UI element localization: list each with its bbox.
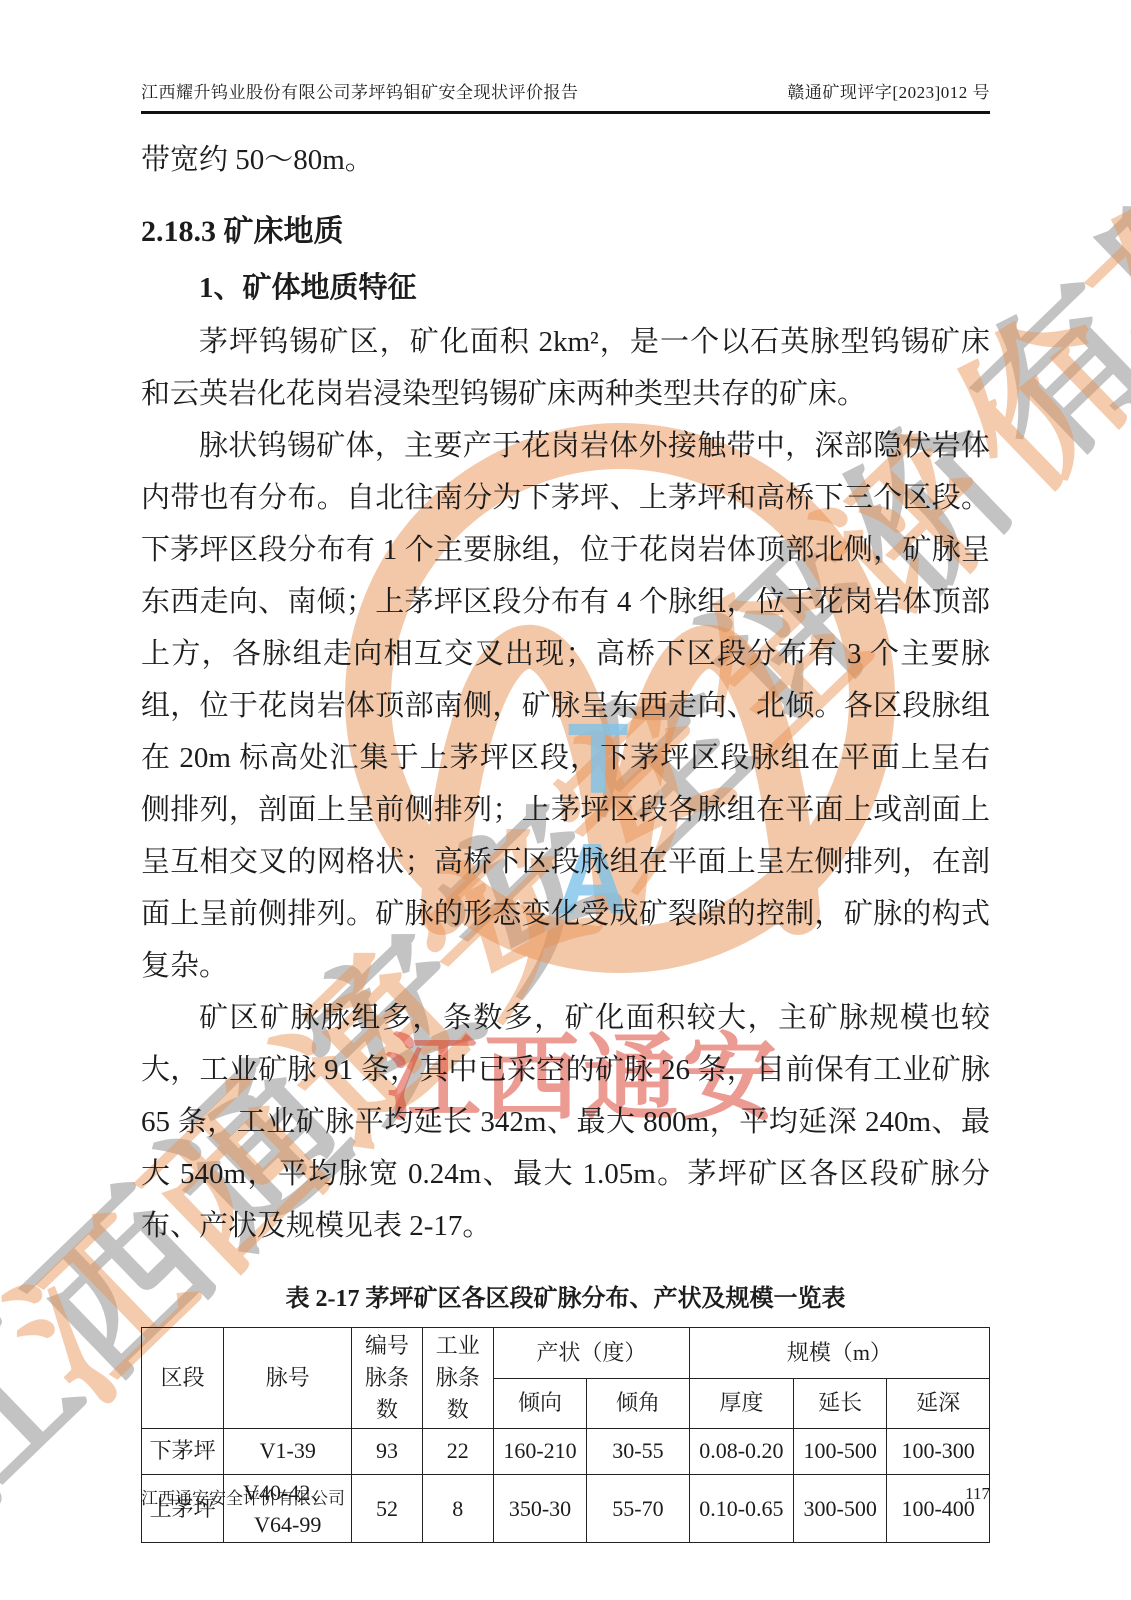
col-header-dip-direction: 倾向 xyxy=(493,1378,586,1428)
table-title: 表 2-17 茅坪矿区各区段矿脉分布、产状及规模一览表 xyxy=(141,1278,990,1313)
col-header-dip-angle: 倾角 xyxy=(587,1378,690,1428)
section-heading: 2.18.3 矿床地质 xyxy=(141,206,990,258)
paragraph-vein-bodies: 脉状钨锡矿体，主要产于花岗岩体外接触带中，深部隐伏岩体内带也有分布。自北往南分为… xyxy=(141,420,990,992)
page-content: 江西耀升钨业股份有限公司茅坪钨钼矿安全现状评价报告 赣通矿现评字[2023]01… xyxy=(0,0,1131,1600)
cell-dip-direction: 160-210 xyxy=(493,1428,586,1474)
col-group-attitude: 产状（度） xyxy=(493,1328,689,1379)
cell-dip-angle: 30-55 xyxy=(587,1428,690,1474)
cell-industrial-veins: 22 xyxy=(422,1428,493,1474)
paragraph-vein-statistics: 矿区矿脉脉组多，条数多，矿化面积较大，主矿脉规模也较大，工业矿脉 91 条，其中… xyxy=(141,992,990,1252)
paragraph-band-width: 带宽约 50～80m。 xyxy=(141,134,990,186)
paragraph-ore-district: 茅坪钨锡矿区，矿化面积 2km²，是一个以石英脉型钨锡矿床和云英岩化花岗岩浸染型… xyxy=(141,316,990,420)
vein-distribution-table: 区段 脉号 编号脉条数 工业脉条数 产状（度） 规模（m） 倾向 倾角 厚度 延… xyxy=(141,1327,990,1543)
document-page: 江西通安安全评价有限公司 江西通安安全评价有限公司 T A 江西通安 江西耀升钨… xyxy=(0,0,1131,1600)
cell-extension-depth: 100-300 xyxy=(887,1428,990,1474)
cell-extension-length: 100-500 xyxy=(794,1428,887,1474)
col-group-scale: 规模（m） xyxy=(689,1328,989,1379)
col-header-vein-no: 脉号 xyxy=(224,1328,352,1429)
cell-vein-no: V1-39 xyxy=(224,1428,352,1474)
page-header: 江西耀升钨业股份有限公司茅坪钨钼矿安全现状评价报告 赣通矿现评字[2023]01… xyxy=(141,78,990,103)
col-header-numbered-veins: 编号脉条数 xyxy=(352,1328,422,1429)
header-rule xyxy=(141,111,990,114)
cell-section: 下茅坪 xyxy=(142,1428,224,1474)
cell-thickness: 0.08-0.20 xyxy=(689,1428,793,1474)
col-header-extension-depth: 延深 xyxy=(887,1378,990,1428)
header-left-report-title: 江西耀升钨业股份有限公司茅坪钨钼矿安全现状评价报告 xyxy=(141,78,579,103)
table-row: 下茅坪 V1-39 93 22 160-210 30-55 0.08-0.20 … xyxy=(142,1428,990,1474)
col-header-section: 区段 xyxy=(142,1328,224,1429)
cell-numbered-veins: 93 xyxy=(352,1428,422,1474)
header-right-doc-number: 赣通矿现评字[2023]012 号 xyxy=(787,78,990,103)
col-header-thickness: 厚度 xyxy=(689,1378,793,1428)
footer-company-name: 江西通安安全评价有限公司 xyxy=(141,1484,345,1509)
footer-page-number: 117 xyxy=(965,1484,990,1509)
col-header-industrial-veins: 工业脉条数 xyxy=(422,1328,493,1429)
sub-heading: 1、矿体地质特征 xyxy=(141,262,990,314)
page-footer: 江西通安安全评价有限公司 117 xyxy=(141,1484,990,1509)
col-header-extension-length: 延长 xyxy=(794,1378,887,1428)
